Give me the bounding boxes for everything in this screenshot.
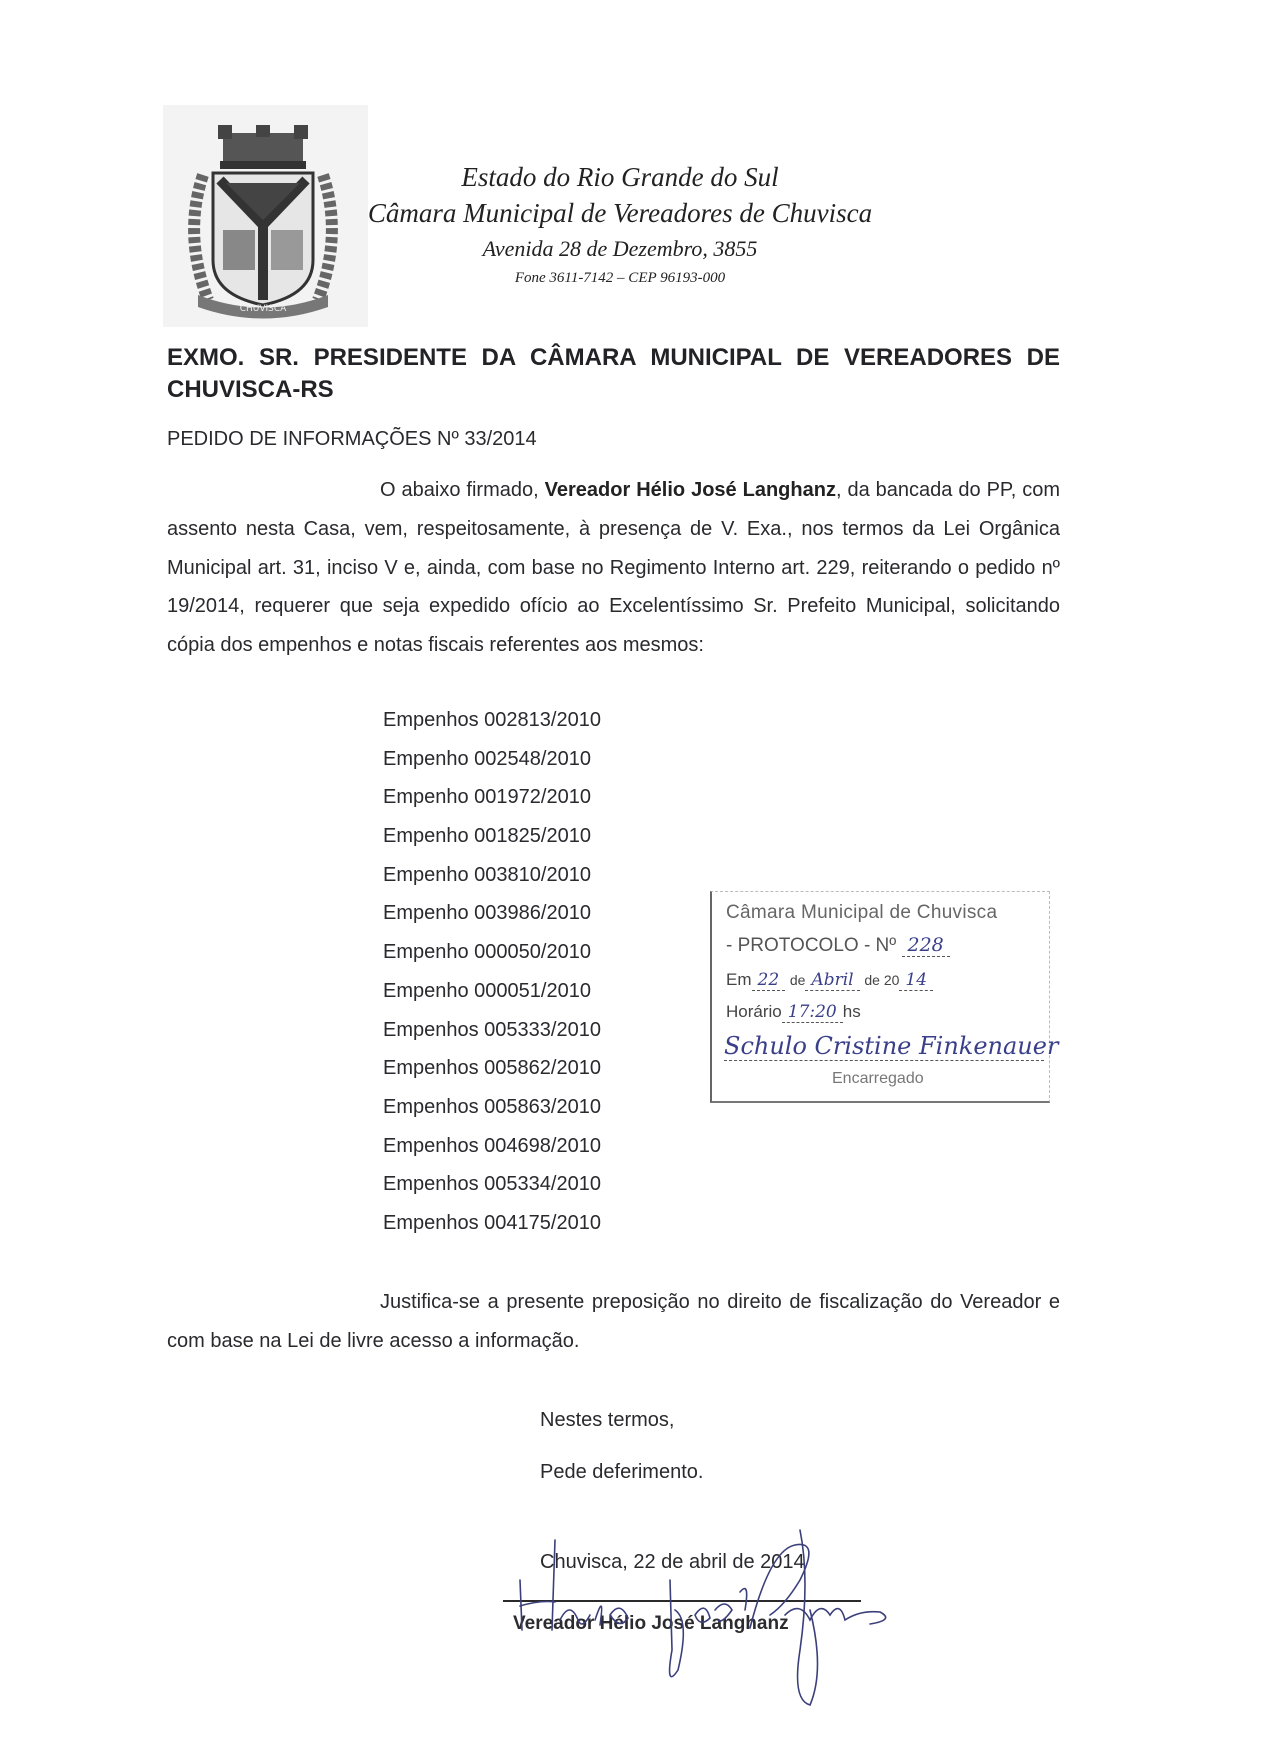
stamp-receiver-role: Encarregado <box>832 1070 924 1088</box>
stamp-protocol-label: - PROTOCOLO - Nº <box>726 935 896 956</box>
intro-continuation: , da bancada do PP, com assento nesta Ca… <box>167 479 1060 656</box>
stamp-protocol-number: 228 <box>902 934 950 957</box>
stamp-year: 14 <box>899 970 933 991</box>
request-paragraph: O abaixo firmado, Vereador Hélio José La… <box>167 471 1060 665</box>
request-title: PEDIDO DE INFORMAÇÕES Nº 33/2014 <box>167 428 537 451</box>
justification-paragraph: Justifica-se a presente preposição no di… <box>167 1283 1060 1361</box>
empenho-item: Empenho 001972/2010 <box>383 778 601 817</box>
stamp-time-suffix: hs <box>843 1002 861 1021</box>
stamp-date: Em22 deAbril de 2014 <box>726 970 933 990</box>
intro-text: O abaixo firmado, <box>380 479 545 501</box>
empenho-item: Empenho 000051/2010 <box>383 972 601 1011</box>
empenho-item: Empenhos 002813/2010 <box>383 701 601 740</box>
svg-text:CHUVISCA: CHUVISCA <box>240 304 287 314</box>
empenho-item: Empenho 001825/2010 <box>383 817 601 856</box>
letterhead-address: Avenida 28 de Dezembro, 3855 <box>340 236 900 262</box>
stamp-em-label: Em <box>726 970 752 989</box>
empenho-item: Empenho 000050/2010 <box>383 933 601 972</box>
coat-of-arms-icon: CHUVISCA <box>178 125 348 323</box>
empenho-item: Empenhos 005334/2010 <box>383 1165 601 1204</box>
empenho-item: Empenhos 005333/2010 <box>383 1011 601 1050</box>
letterhead-chamber: Câmara Municipal de Vereadores de Chuvis… <box>340 198 900 229</box>
empenho-item: Empenho 002548/2010 <box>383 740 601 779</box>
closing-line-1: Nestes termos, <box>540 1409 674 1432</box>
empenho-item: Empenho 003810/2010 <box>383 856 601 895</box>
protocol-stamp: Câmara Municipal de Chuvisca - PROTOCOLO… <box>710 891 1050 1103</box>
empenho-item: Empenhos 005863/2010 <box>383 1088 601 1127</box>
stamp-month: Abril <box>805 970 859 991</box>
stamp-time-value: 17:20 <box>782 1002 843 1023</box>
stamp-time: Horário17:20hs <box>726 1002 861 1022</box>
stamp-year-label: de 20 <box>864 972 899 988</box>
closing-line-2: Pede deferimento. <box>540 1461 703 1484</box>
empenho-item: Empenhos 004698/2010 <box>383 1127 601 1166</box>
letterhead-phone-cep: Fone 3611-7142 – CEP 96193-000 <box>340 270 900 287</box>
stamp-de-label: de <box>790 972 806 988</box>
stamp-title: Câmara Municipal de Chuvisca <box>726 902 997 924</box>
empenho-item: Empenhos 005862/2010 <box>383 1049 601 1088</box>
stamp-receiver-signature: Schulo Cristine Finkenauer <box>724 1032 1044 1061</box>
handwritten-signature-icon <box>500 1520 980 1720</box>
empenho-item: Empenho 003986/2010 <box>383 894 601 933</box>
addressee-heading: EXMO. SR. PRESIDENTE DA CÂMARA MUNICIPAL… <box>167 342 1060 406</box>
letterhead-state: Estado do Rio Grande do Sul <box>340 162 900 193</box>
stamp-time-label: Horário <box>726 1002 782 1021</box>
author-name: Vereador Hélio José Langhanz <box>545 479 836 501</box>
empenhos-list: Empenhos 002813/2010Empenho 002548/2010E… <box>383 701 601 1243</box>
stamp-day: 22 <box>752 970 786 991</box>
empenho-item: Empenhos 004175/2010 <box>383 1204 601 1243</box>
stamp-protocol: - PROTOCOLO - Nº 228 <box>726 934 950 957</box>
